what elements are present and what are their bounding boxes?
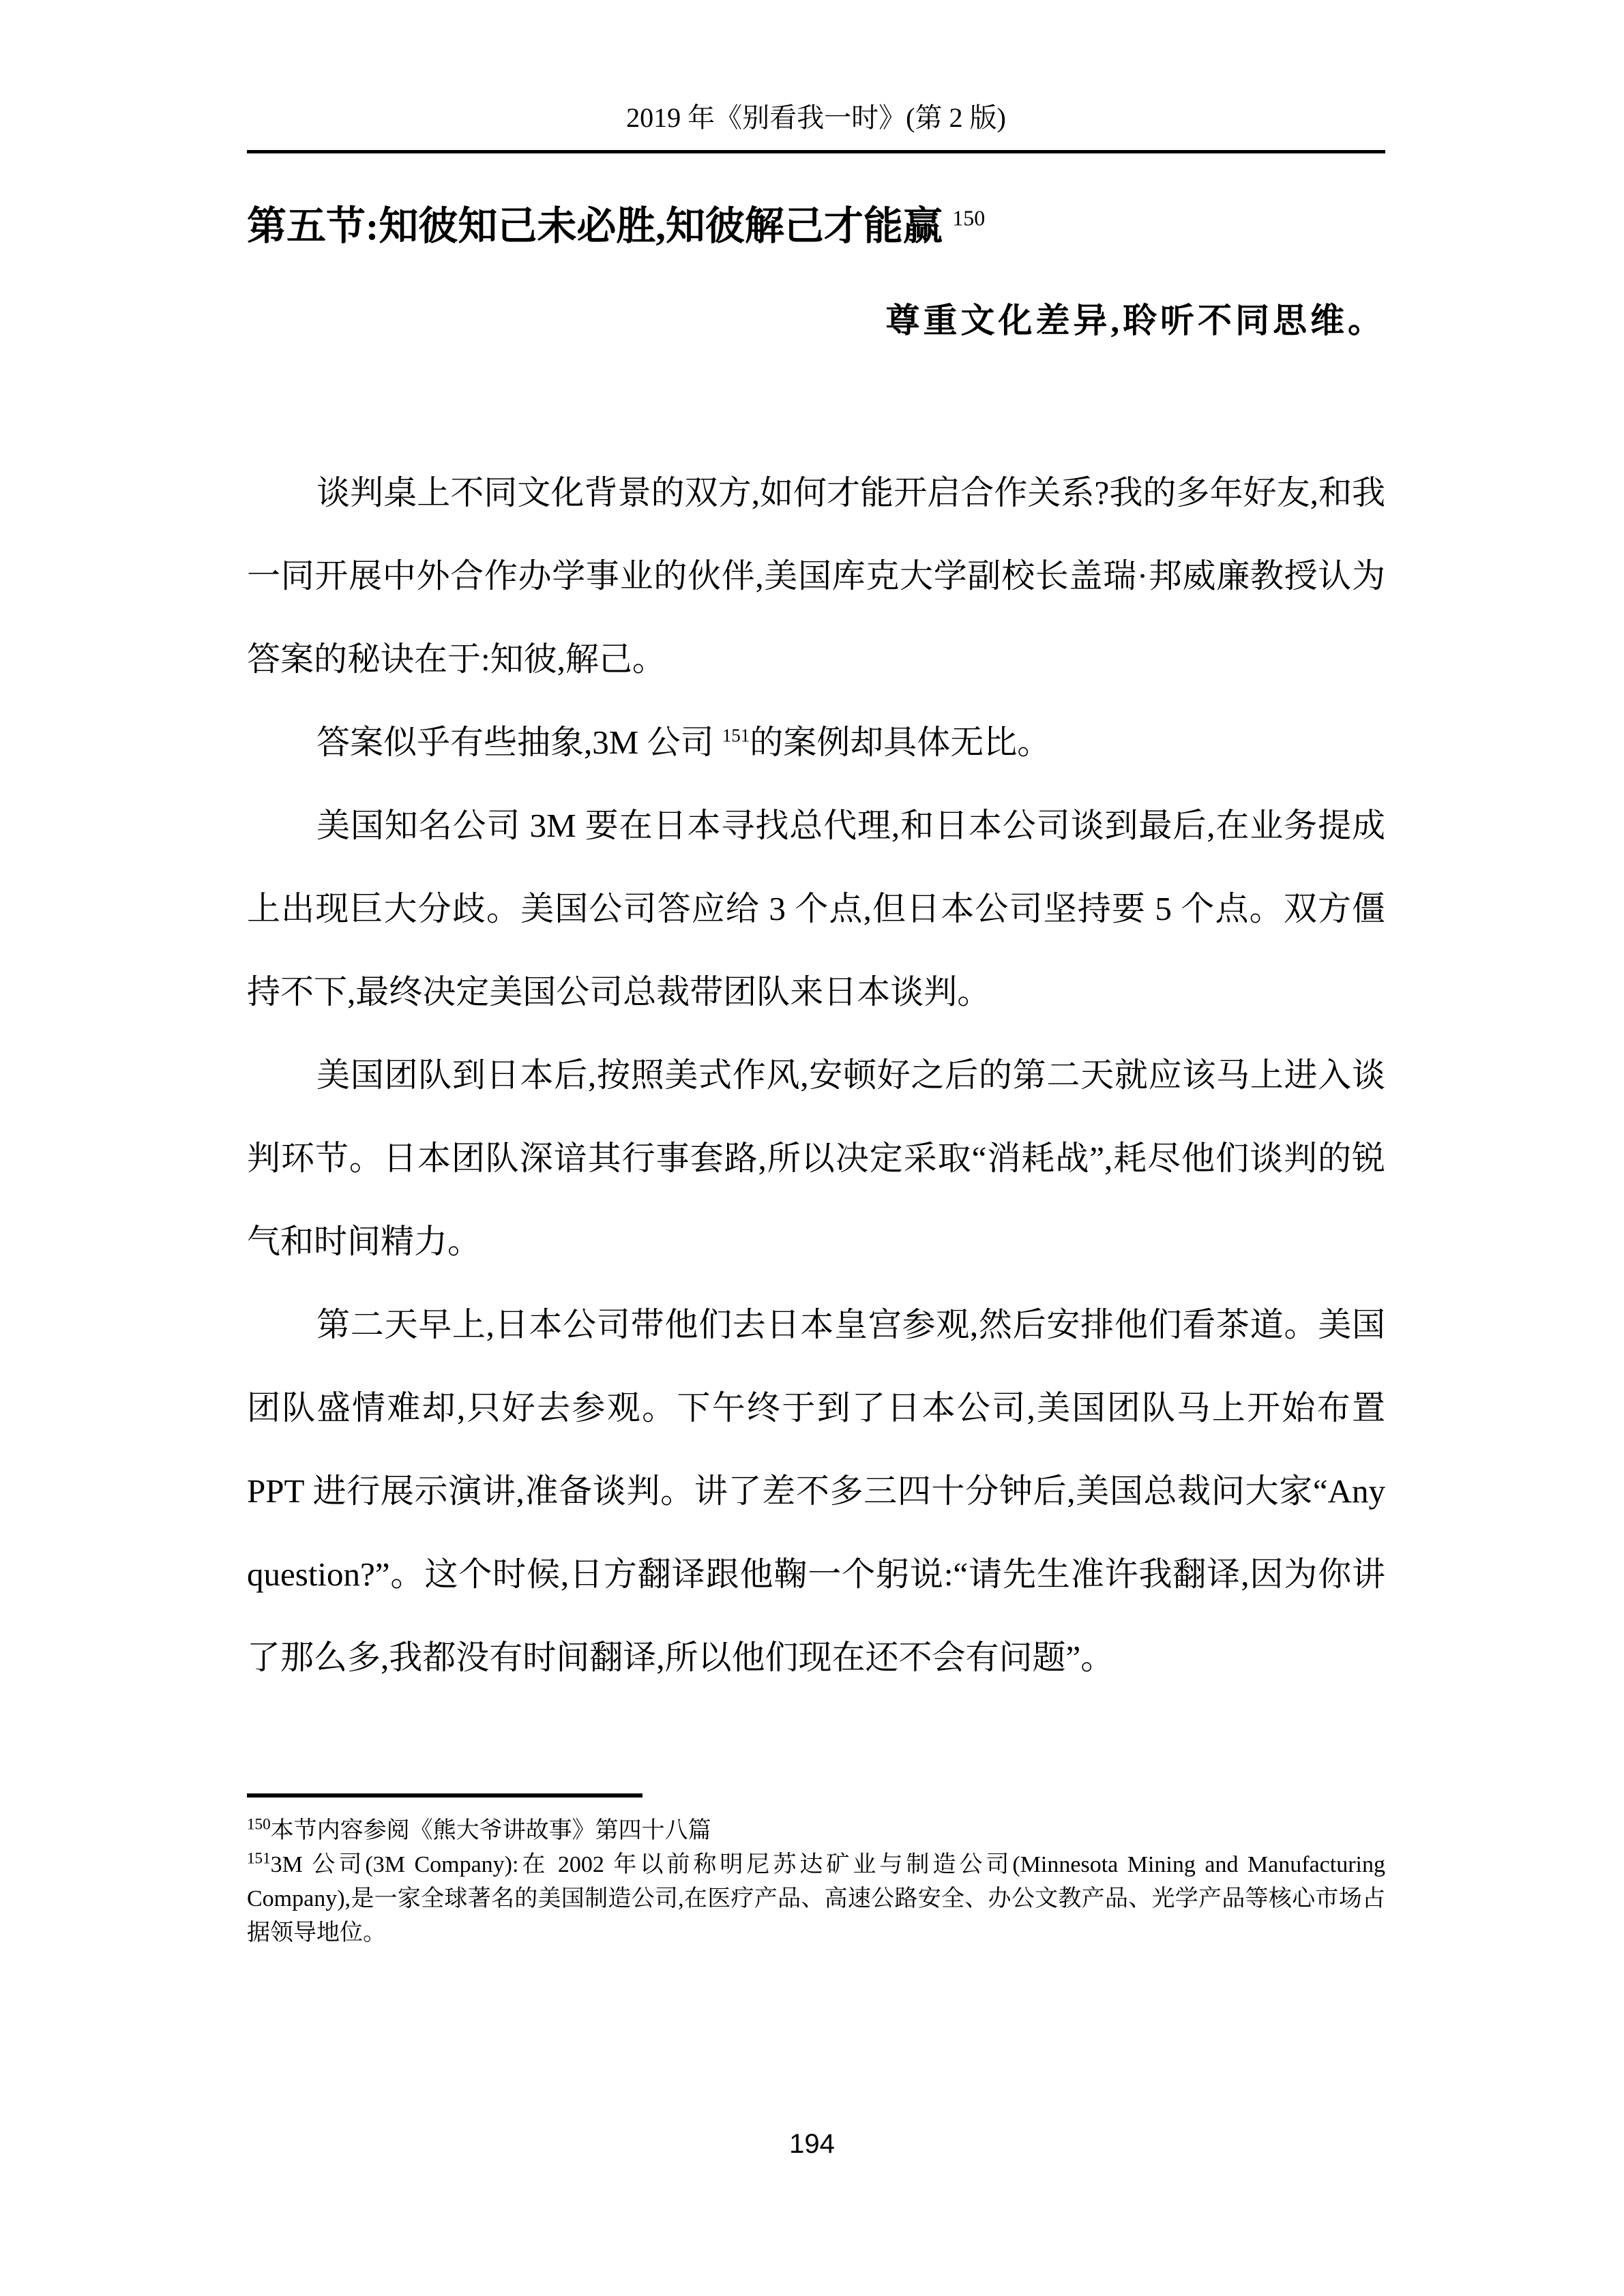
- paragraph: 答案似乎有些抽象,3M 公司 151的案例却具体无比。: [247, 701, 1385, 784]
- paragraph: 第二天早上,日本公司带他们去日本皇宫参观,然后安排他们看茶道。美国团队盛情难却,…: [247, 1283, 1385, 1699]
- footnote-separator: [247, 1793, 643, 1798]
- footnote-150-marker: 150: [247, 1816, 271, 1834]
- footnote-150-text: 本节内容参阅《熊大爷讲故事》第四十八篇: [271, 1818, 711, 1843]
- page-content: 2019 年《别看我一时》(第 2 版) 第五节:知彼知己未必胜,知彼解己才能赢…: [247, 0, 1385, 1950]
- body-text: 谈判桌上不同文化背景的双方,如何才能开启合作关系?我的多年好友,和我一同开展中外…: [247, 451, 1385, 1699]
- book-page: 2019 年《别看我一时》(第 2 版) 第五节:知彼知己未必胜,知彼解己才能赢…: [0, 0, 1624, 2296]
- footnote-ref-150: 150: [952, 207, 985, 230]
- section-title: 第五节:知彼知己未必胜,知彼解己才能赢 150: [247, 198, 1385, 254]
- footnotes-section: 150本节内容参阅《熊大爷讲故事》第四十八篇 1513M 公司(3M Compa…: [247, 1793, 1385, 1950]
- footnote-151-marker: 151: [247, 1850, 271, 1868]
- section-title-text: 第五节:知彼知己未必胜,知彼解己才能赢: [247, 204, 943, 248]
- paragraph-text: 美国知名公司 3M 要在日本寻找总代理,和日本公司谈到最后,在业务提成上出现巨大…: [247, 807, 1385, 1011]
- calligraphy-subtitle: 尊重文化差异,聆听不同思维。: [247, 295, 1385, 346]
- paragraph: 美国知名公司 3M 要在日本寻找总代理,和日本公司谈到最后,在业务提成上出现巨大…: [247, 784, 1385, 1034]
- paragraph: 美国团队到日本后,按照美式作风,安顿好之后的第二天就应该马上进入谈判环节。日本团…: [247, 1034, 1385, 1283]
- paragraph-text: 的案例却具体无比。: [750, 724, 1050, 761]
- paragraph-text: 答案似乎有些抽象,3M 公司: [316, 724, 722, 761]
- footnote-151-text: 3M 公司(3M Company):在 2002 年以前称明尼苏达矿业与制造公司…: [247, 1852, 1385, 1945]
- footnote-ref-151: 151: [722, 726, 750, 746]
- running-header-text: 2019 年《别看我一时》(第 2 版): [626, 102, 1006, 133]
- paragraph-text: 美国团队到日本后,按照美式作风,安顿好之后的第二天就应该马上进入谈判环节。日本团…: [247, 1056, 1385, 1260]
- page-number: 194: [0, 2129, 1624, 2159]
- calligraphy-subtitle-text: 尊重文化差异,聆听不同思维。: [886, 301, 1386, 340]
- paragraph-text: 第二天早上,日本公司带他们去日本皇宫参观,然后安排他们看茶道。美国团队盛情难却,…: [247, 1306, 1385, 1676]
- footnote-list: 150本节内容参阅《熊大爷讲故事》第四十八篇 1513M 公司(3M Compa…: [247, 1814, 1385, 1950]
- paragraph: 谈判桌上不同文化背景的双方,如何才能开启合作关系?我的多年好友,和我一同开展中外…: [247, 451, 1385, 701]
- page-number-text: 194: [789, 2129, 835, 2159]
- footnote-150: 150本节内容参阅《熊大爷讲故事》第四十八篇: [247, 1814, 1385, 1848]
- paragraph-text: 谈判桌上不同文化背景的双方,如何才能开启合作关系?我的多年好友,和我一同开展中外…: [247, 474, 1385, 678]
- footnote-151: 1513M 公司(3M Company):在 2002 年以前称明尼苏达矿业与制…: [247, 1848, 1385, 1950]
- running-header: 2019 年《别看我一时》(第 2 版): [247, 0, 1385, 153]
